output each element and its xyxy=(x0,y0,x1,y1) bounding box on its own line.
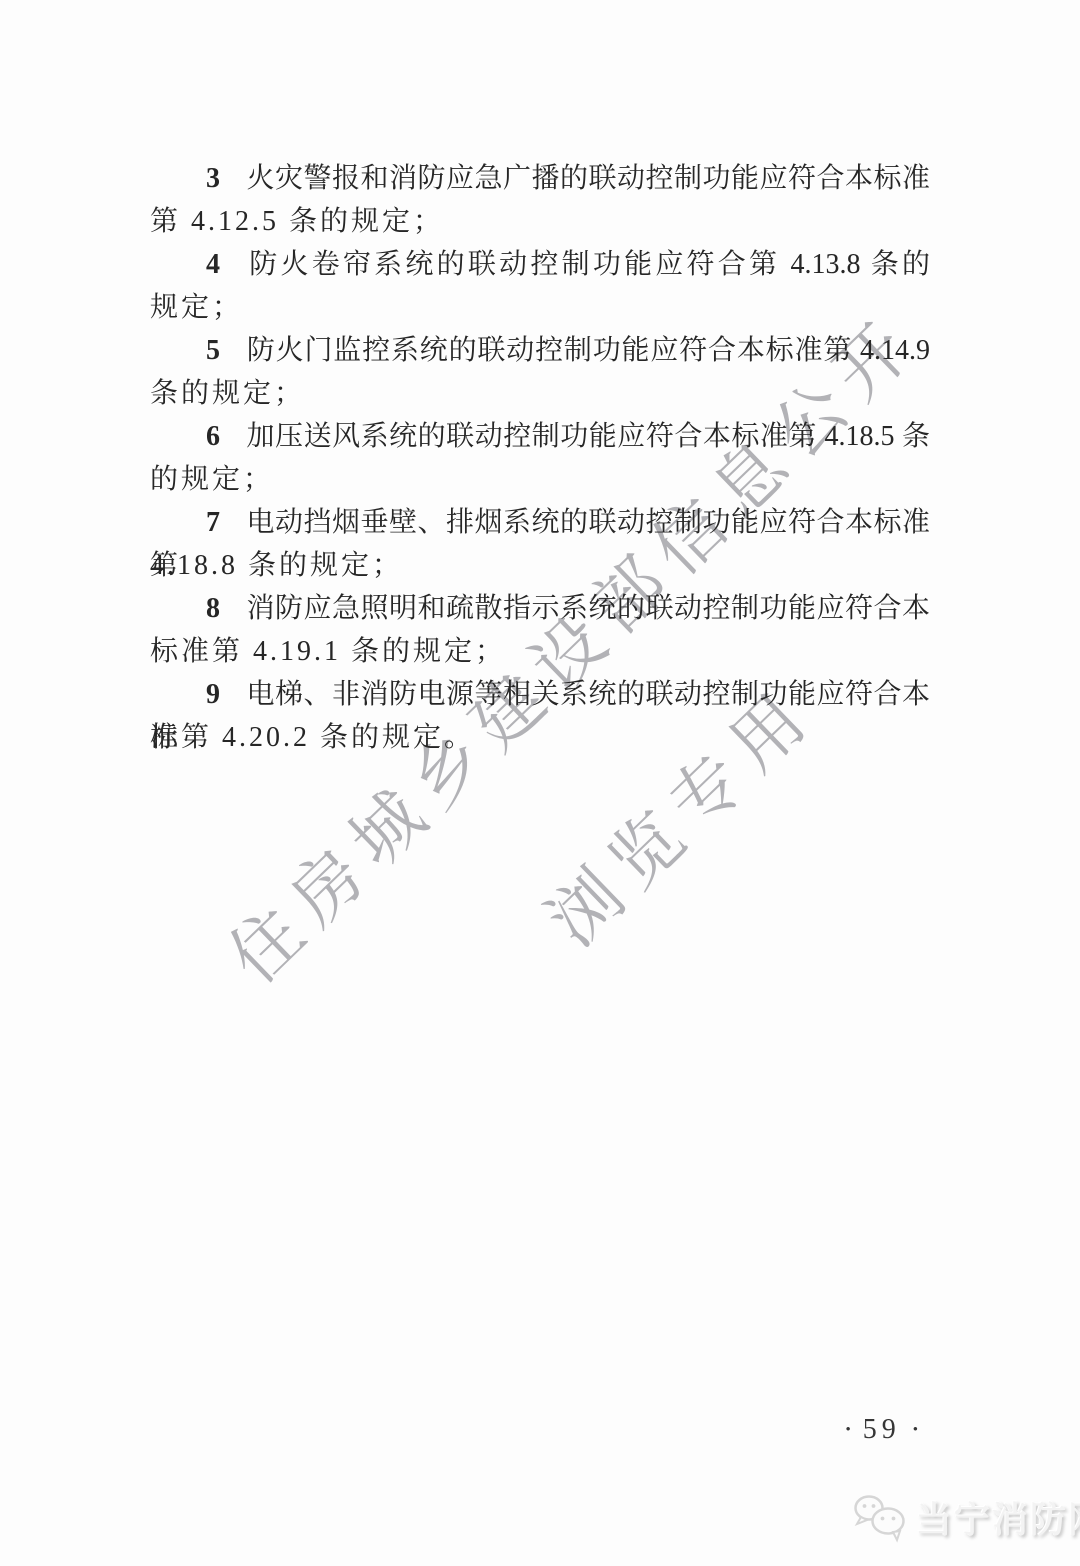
brand-text: 当宁消防网 xyxy=(916,1492,1080,1543)
item-text: 加压送风系统的联动控制功能应符合本标准第 4.18.5 条 xyxy=(246,421,930,452)
brand-watermark: 当宁消防网 xyxy=(852,1492,1080,1543)
item-text: 4.18.8 条的规定； xyxy=(150,550,403,581)
item-first-line: 8消防应急照明和疏散指示系统的联动控制功能应符合本 xyxy=(150,587,930,630)
item-continuation-line: 的规定； xyxy=(150,458,930,501)
item-number: 4 xyxy=(206,249,220,280)
item-text: 的规定； xyxy=(150,464,274,495)
item-text: 第 4.12.5 条的规定； xyxy=(150,206,444,237)
item-text: 规定； xyxy=(150,292,243,323)
item-first-line: 9电梯、非消防电源等相关系统的联动控制功能应符合本标 xyxy=(150,673,930,716)
item-number: 9 xyxy=(206,679,220,710)
document-page: 住房城乡建设部信息公开 浏览专用 3火灾警报和消防应急广播的联动控制功能应符合本… xyxy=(0,0,1080,1566)
wechat-bubbles-icon xyxy=(852,1493,910,1543)
item-number: 3 xyxy=(206,163,220,194)
item-continuation-line: 标准第 4.19.1 条的规定； xyxy=(150,630,930,673)
item-number: 8 xyxy=(206,593,220,624)
page-number-value: 59 xyxy=(863,1414,901,1445)
item-continuation-line: 准第 4.20.2 条的规定。 xyxy=(150,716,930,759)
item-first-line: 7电动挡烟垂壁、排烟系统的联动控制功能应符合本标准第 xyxy=(150,501,930,544)
item-text: 消防应急照明和疏散指示系统的联动控制功能应符合本 xyxy=(246,593,930,624)
item-continuation-line: 第 4.12.5 条的规定； xyxy=(150,200,930,243)
item-number: 7 xyxy=(206,507,220,538)
item-first-line: 3火灾警报和消防应急广播的联动控制功能应符合本标准 xyxy=(150,157,930,200)
item-text: 防火卷帘系统的联动控制功能应符合第 4.13.8 条的 xyxy=(246,249,930,280)
page-number: •59• xyxy=(150,1414,930,1446)
item-first-line: 6加压送风系统的联动控制功能应符合本标准第 4.18.5 条 xyxy=(150,415,930,458)
item-text: 防火门监控系统的联动控制功能应符合本标准第 4.14.9 xyxy=(246,335,930,366)
item-first-line: 4防火卷帘系统的联动控制功能应符合第 4.13.8 条的 xyxy=(150,243,930,286)
item-continuation-line: 4.18.8 条的规定； xyxy=(150,544,930,587)
item-text: 准第 4.20.2 条的规定。 xyxy=(150,722,475,753)
item-number: 6 xyxy=(206,421,220,452)
page-number-dot-left: • xyxy=(845,1422,850,1438)
item-continuation-line: 条的规定； xyxy=(150,372,930,415)
item-text: 标准第 4.19.1 条的规定； xyxy=(150,636,506,667)
item-continuation-line: 规定； xyxy=(150,286,930,329)
document-text: 3火灾警报和消防应急广播的联动控制功能应符合本标准第 4.12.5 条的规定；4… xyxy=(150,157,930,759)
item-text: 火灾警报和消防应急广播的联动控制功能应符合本标准 xyxy=(246,163,930,194)
item-first-line: 5防火门监控系统的联动控制功能应符合本标准第 4.14.9 xyxy=(150,329,930,372)
item-number: 5 xyxy=(206,335,220,366)
item-text: 条的规定； xyxy=(150,378,305,409)
page-number-dot-right: • xyxy=(913,1422,918,1438)
